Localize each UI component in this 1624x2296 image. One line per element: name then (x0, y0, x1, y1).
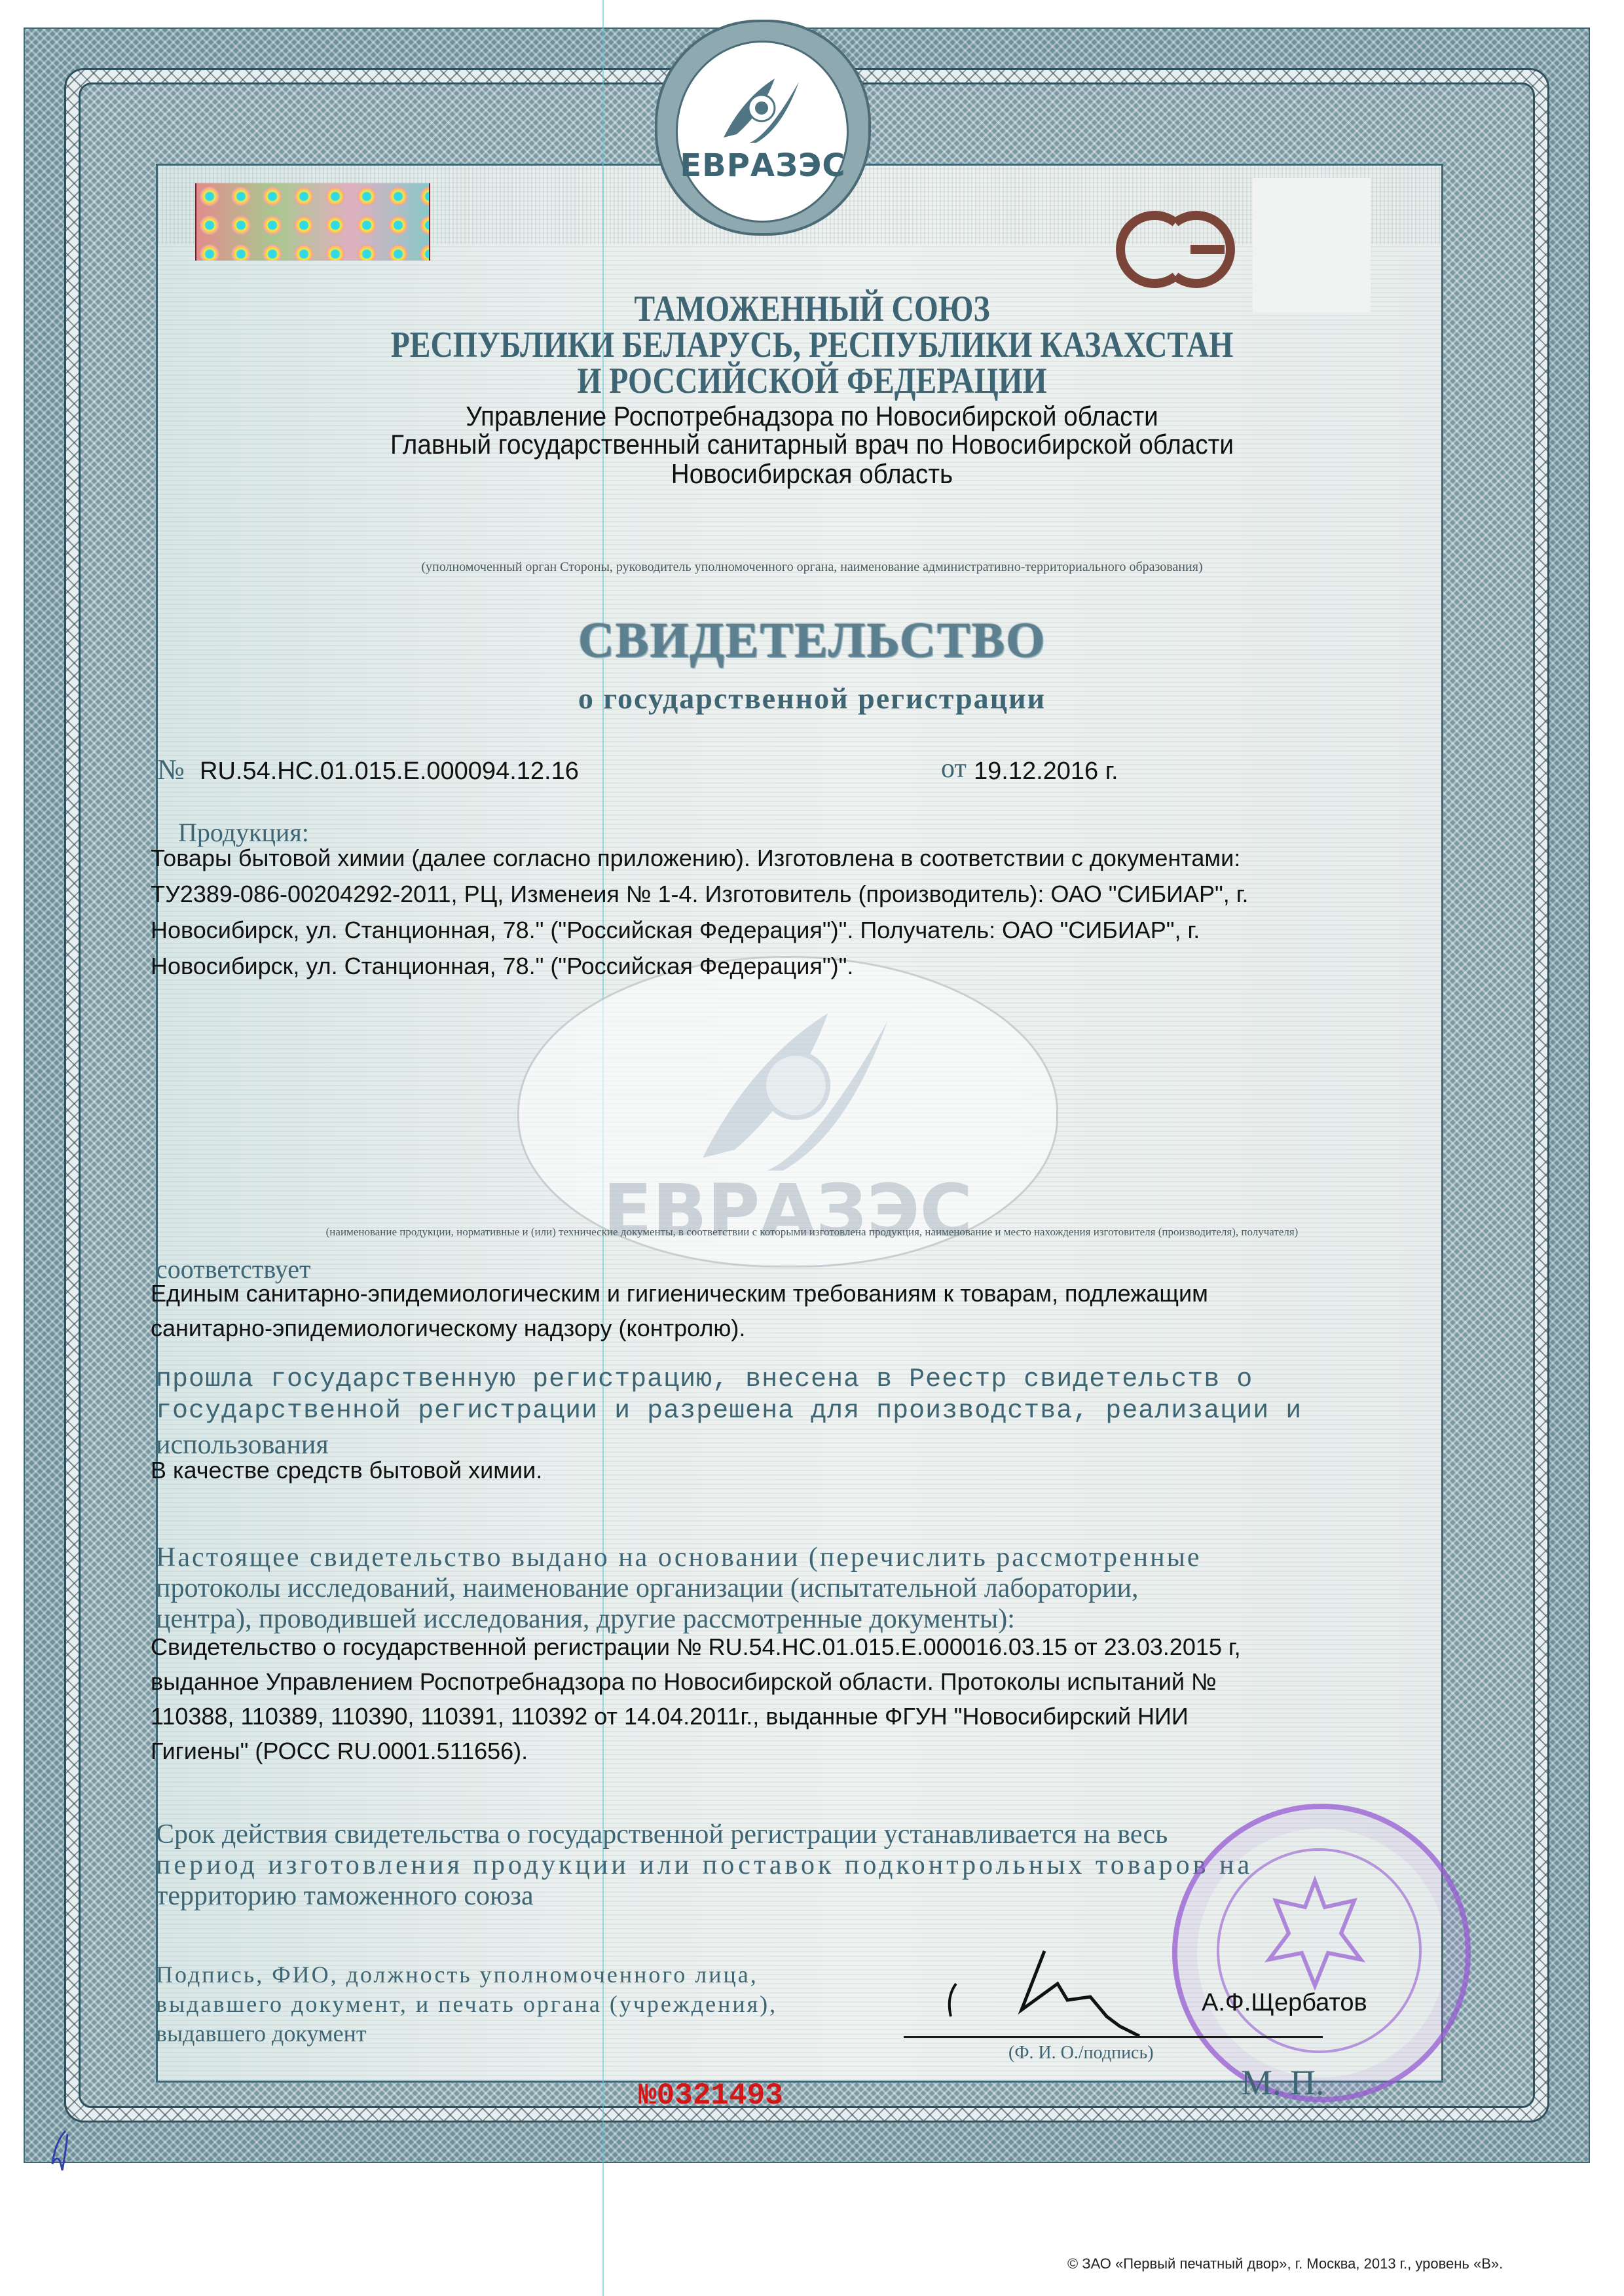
basis-line: протоколы исследований, наименование орг… (156, 1573, 1139, 1604)
eurasec-watermark-icon (683, 997, 899, 1174)
product-line: Новосибирск, ул. Станционная, 78." ("Рос… (151, 953, 853, 980)
document-subtitle: о государственной регистрации (0, 681, 1624, 716)
conformity-line: санитарно-эпидемиологическому надзору (к… (151, 1315, 745, 1342)
union-title-line-3: И РОССИЙСКОЙ ФЕДЕРАЦИИ (122, 360, 1502, 402)
basis-value: Гигиены" (РОСС RU.0001.511656). (151, 1738, 528, 1765)
conformity-line: Единым санитарно-эпидемиологическим и ги… (151, 1280, 1208, 1307)
product-line: ТУ2389-086-00204292-2011, РЦ, Изменеия №… (151, 881, 1249, 908)
number-sign: № (157, 753, 185, 786)
usage-text: В качестве средств бытовой химии. (151, 1457, 542, 1484)
product-line: Товары бытовой химии (далее согласно при… (151, 845, 1240, 872)
signature-line (904, 2036, 1323, 2038)
date-label: от (941, 753, 967, 784)
authority-line-1: Управление Роспотребнадзора по Новосибир… (65, 401, 1559, 432)
eurasec-watermark: ЕВРАЗЭС (517, 956, 1058, 1267)
basis-value: 110388, 110389, 110390, 110391, 110392 о… (151, 1703, 1189, 1730)
signature-label-line: Подпись, ФИО, должность уполномоченного … (156, 1961, 758, 1988)
emblem-label: ЕВРАЗЭС (655, 147, 871, 184)
registration-date: 19.12.2016 г. (974, 757, 1118, 786)
double-headed-eagle-icon (1249, 1868, 1380, 1999)
document-title: СВИДЕТЕЛЬСТВО (0, 612, 1624, 669)
authority-line-3: Новосибирская область (65, 458, 1559, 490)
watermark-label: ЕВРАЗЭС (519, 1169, 1056, 1252)
registration-number: RU.54.НС.01.015.Е.000094.12.16 (200, 757, 579, 786)
product-line: Новосибирск, ул. Станционная, 78." ("Рос… (151, 917, 1200, 944)
signature-label-line: выдавшего документ, и печать органа (учр… (156, 1990, 777, 2018)
handwritten-mark (36, 2128, 75, 2187)
basis-line: центра), проводившей исследования, други… (156, 1603, 1015, 1635)
validity-line: Срок действия свидетельства о государств… (156, 1819, 1168, 1850)
status-line: использования (156, 1429, 329, 1461)
validity-line: территорию таможенного союза (156, 1880, 534, 1912)
basis-value: выданное Управлением Роспотребнадзора по… (151, 1668, 1217, 1696)
ce-conformity-mark-icon (1113, 203, 1238, 295)
printer-imprint: © ЗАО «Первый печатный двор», г. Москва,… (1067, 2255, 1503, 2272)
status-line: прошла государственную регистрацию, внес… (156, 1365, 1253, 1394)
handwritten-signature (943, 1938, 1218, 2056)
eurasec-emblem-icon: ЕВРАЗЭС (655, 20, 871, 236)
product-caption: (наименование продукции, нормативные и (… (0, 1226, 1624, 1239)
product-label: Продукция: (178, 817, 309, 848)
basis-value: Свидетельство о государственной регистра… (151, 1633, 1241, 1661)
hologram-sticker (195, 183, 430, 261)
stamp-place-label: М. П. (1241, 2062, 1325, 2103)
basis-line: Настоящее свидетельство выдано на основа… (156, 1542, 1202, 1573)
authority-line-2: Главный государственный санитарный врач … (65, 429, 1559, 460)
signature-line-caption: (Ф. И. О./подпись) (1008, 2043, 1154, 2064)
form-serial-number: №0321493 (638, 2079, 783, 2113)
authority-caption: (уполномоченный орган Стороны, руководит… (0, 560, 1624, 575)
status-line: государственной регистрации и разрешена … (156, 1396, 1302, 1426)
signature-label-line: выдавшего документ (156, 2020, 367, 2047)
signer-name: А.Ф.Щербатов (1202, 1989, 1367, 2017)
validity-line: период изготовления продукции или постав… (156, 1850, 1253, 1881)
